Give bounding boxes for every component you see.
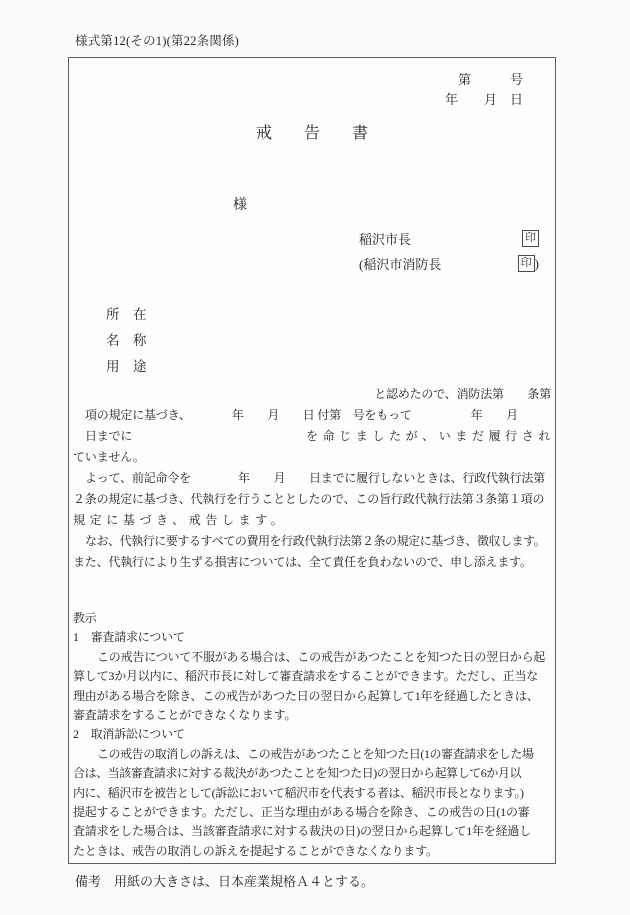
kyoji-line: 提起することができます。ただし、正当な理由がある場合を除き、この戒告の日(1の審	[73, 803, 551, 822]
kyoji-item2-title: 2 取消訴訟について	[73, 725, 551, 744]
kyoji-item1-title: 1 審査請求について	[73, 628, 551, 647]
issuer-block: 稲沢市長 印 (稲沢市消防長 印 )	[359, 226, 539, 276]
body-line: 規定に基づき、戒告します。	[73, 510, 551, 531]
document-number-line: 第 号	[73, 70, 523, 90]
body-line: なお、代執行に要するすべての費用を行政代執行法第２条の規定に基づき、徴収します。	[73, 531, 551, 552]
document-date-line: 年 月 日	[73, 90, 523, 110]
seal-mark: 印	[522, 230, 539, 247]
body-line: よって、前記命令を 年 月 日までに履行しないときは、行政代執行法第	[73, 468, 551, 489]
form-number-label: 様式第12(その1)(第22条関係)	[75, 31, 239, 49]
issuer-row-fire-chief: (稲沢市消防長 印 )	[359, 251, 539, 276]
body-line-right: を命じましたが、いまだ履行され	[306, 426, 555, 447]
document-header: 第 号 年 月 日	[73, 70, 551, 110]
seal-wrap: 印 )	[518, 255, 539, 272]
body-line: と認めたので、消防法第 条第	[73, 384, 551, 405]
kyoji-line: この戒告の取消しの訴えは、この戒告があつたことを知つた日(1の審査請求をした場	[73, 745, 551, 764]
seal-wrap: 印	[522, 230, 539, 247]
kyoji-line: 審査請求をすることができなくなります。	[73, 706, 551, 725]
body-line: また、代執行により生ずる損害については、全て責任を負わないので、申し添えます。	[73, 552, 551, 573]
body-line: 項の規定に基づき、 年 月 日 付第 号をもって 年 月	[73, 405, 551, 426]
document-border-frame: 第 号 年 月 日 戒 告 書 様 稲沢市長 印 (稲沢市消防長 印 ) 所 在…	[68, 57, 556, 864]
property-use-label: 用 途	[106, 354, 551, 380]
issuer-row-mayor: 稲沢市長 印	[359, 226, 539, 251]
kyoji-line: 理由がある場合を除き、この戒告があつた日の翌日から起算して1年を経過したときは、	[73, 687, 551, 706]
kyoji-line: たときは、戒告の取消しの訴えを提起することができなくなります。	[73, 842, 551, 861]
body-line-left: 日までに	[85, 426, 132, 447]
property-location-label: 所 在	[106, 302, 551, 328]
kyoji-line: 算して3か月以内に、稲沢市長に対して審査請求をすることができます。ただし、正当な	[73, 667, 551, 686]
remarks-label: 備考	[75, 874, 101, 889]
body-line: ていません。	[73, 447, 551, 468]
seal-suffix: )	[535, 256, 539, 272]
addressee-line: 様	[73, 196, 551, 215]
issuer-name: (稲沢市消防長	[359, 254, 441, 273]
document-body: と認めたので、消防法第 条第 項の規定に基づき、 年 月 日 付第 号をもって …	[73, 384, 551, 573]
kyoji-line: 合は、当該審査請求に対する裁決があつたことを知つた日)の翌日から起算して6か月以	[73, 764, 551, 783]
remarks-text: 用紙の大きさは、日本産業規格Ａ４とする。	[114, 874, 374, 889]
property-fields: 所 在 名 称 用 途	[73, 302, 551, 380]
seal-mark: 印	[518, 255, 535, 272]
kyoji-line: 内に、稲沢市を被告として(訴訟において稲沢市を代表する者は、稲沢市長となります。…	[73, 784, 551, 803]
body-line: ２条の規定に基づき、代執行を行うこととしたので、この旨行政代執行法第３条第１項の	[73, 489, 551, 510]
kyoji-line: この戒告について不服がある場合は、この戒告があつたことを知つた日の翌日から起	[73, 648, 551, 667]
kyoji-heading: 教示	[73, 609, 551, 628]
body-line: 日までに を命じましたが、いまだ履行され	[73, 426, 551, 447]
kyoji-line: 査請求をした場合は、当該審査請求に対する裁決の日)の翌日から起算して1年を経過し	[73, 822, 551, 841]
kyoji-section: 教示 1 審査請求について この戒告について不服がある場合は、この戒告があつたこ…	[73, 609, 551, 861]
property-name-label: 名 称	[106, 328, 551, 354]
remarks-note: 備考用紙の大きさは、日本産業規格Ａ４とする。	[75, 871, 374, 890]
issuer-name: 稲沢市長	[359, 229, 411, 248]
document-title: 戒 告 書	[73, 124, 551, 144]
